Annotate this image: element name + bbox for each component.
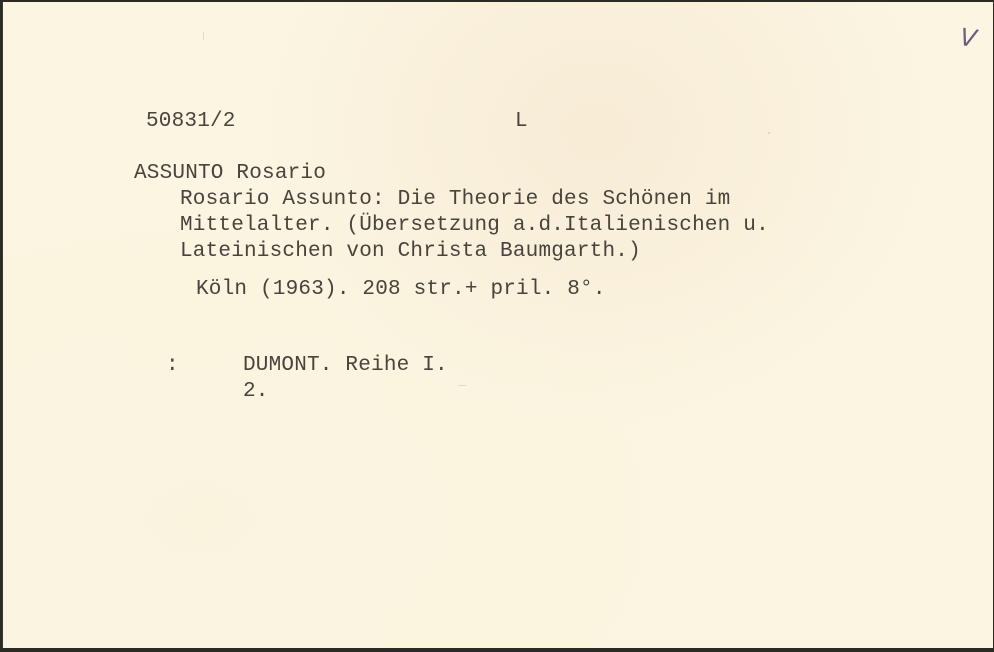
imprint-line: Köln (1963). 208 str.+ pril. 8°. (196, 277, 606, 303)
paper-speck (768, 132, 770, 134)
paper-speck (458, 385, 466, 386)
title-line-2: Mittelalter. (Übersetzung a.d.Italienisc… (180, 213, 769, 239)
location-code: L (515, 109, 528, 135)
title-line-3: Lateinischen von Christa Baumgarth.) (180, 239, 641, 265)
series-marker: : (166, 353, 179, 379)
author-heading: ASSUNTO Rosario (134, 161, 326, 187)
series-line-1: DUMONT. Reihe I. (243, 353, 448, 379)
call-number: 50831/2 (146, 109, 236, 135)
series-line-2: 2. (243, 379, 269, 405)
catalog-card: 50831/2 L ASSUNTO Rosario Rosario Assunt… (2, 2, 993, 648)
handwritten-check-mark: V (958, 23, 978, 53)
title-line-1: Rosario Assunto: Die Theorie des Schönen… (180, 187, 731, 213)
paper-speck (203, 32, 204, 40)
